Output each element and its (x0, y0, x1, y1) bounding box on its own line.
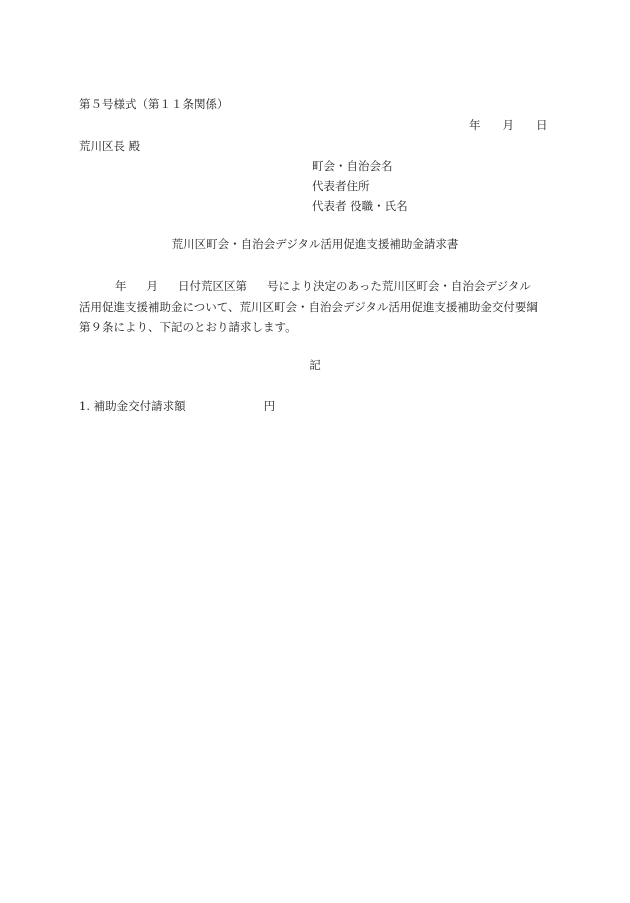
date-day: 日 (536, 117, 548, 133)
association-name-label: 町会・自治会名 (312, 156, 408, 176)
applicant-block: 町会・自治会名 代表者住所 代表者 役職・氏名 (312, 156, 408, 216)
form-number: 第５号様式（第１１条関係） (79, 96, 229, 112)
body-day-ref: 日付荒区区第 (178, 279, 247, 293)
ki-heading: 記 (0, 357, 630, 373)
document-page: 第５号様式（第１１条関係） 年月日 荒川区長 殿 町会・自治会名 代表者住所 代… (0, 0, 630, 903)
addressee: 荒川区長 殿 (79, 138, 140, 154)
date-line: 年月日 (469, 117, 553, 133)
item-row: 1. 補助金交付請求額円 (79, 398, 275, 414)
body-line-1: 年月日付荒区区第号により決定のあった荒川区町会・自治会デジタル (79, 276, 553, 297)
date-year: 年 (469, 117, 481, 133)
date-month: 月 (503, 117, 515, 133)
body-year: 年 (115, 279, 127, 293)
body-line-2: 活用促進支援補助金について、荒川区町会・自治会デジタル活用促進支援補助金交付要綱 (79, 297, 553, 318)
body-month: 月 (147, 279, 159, 293)
representative-address-label: 代表者住所 (312, 176, 408, 196)
item-unit: 円 (264, 399, 276, 413)
body-paragraph: 年月日付荒区区第号により決定のあった荒川区町会・自治会デジタル 活用促進支援補助… (79, 276, 553, 338)
body-line-3: 第９条により、下記のとおり請求します。 (79, 317, 553, 338)
representative-name-label: 代表者 役職・氏名 (312, 196, 408, 216)
body-number-suffix: 号により決定のあった荒川区町会・自治会デジタル (267, 279, 531, 293)
item-label: 補助金交付請求額 (94, 399, 186, 413)
document-title: 荒川区町会・自治会デジタル活用促進支援補助金請求書 (0, 236, 630, 252)
item-number: 1. (79, 399, 90, 413)
